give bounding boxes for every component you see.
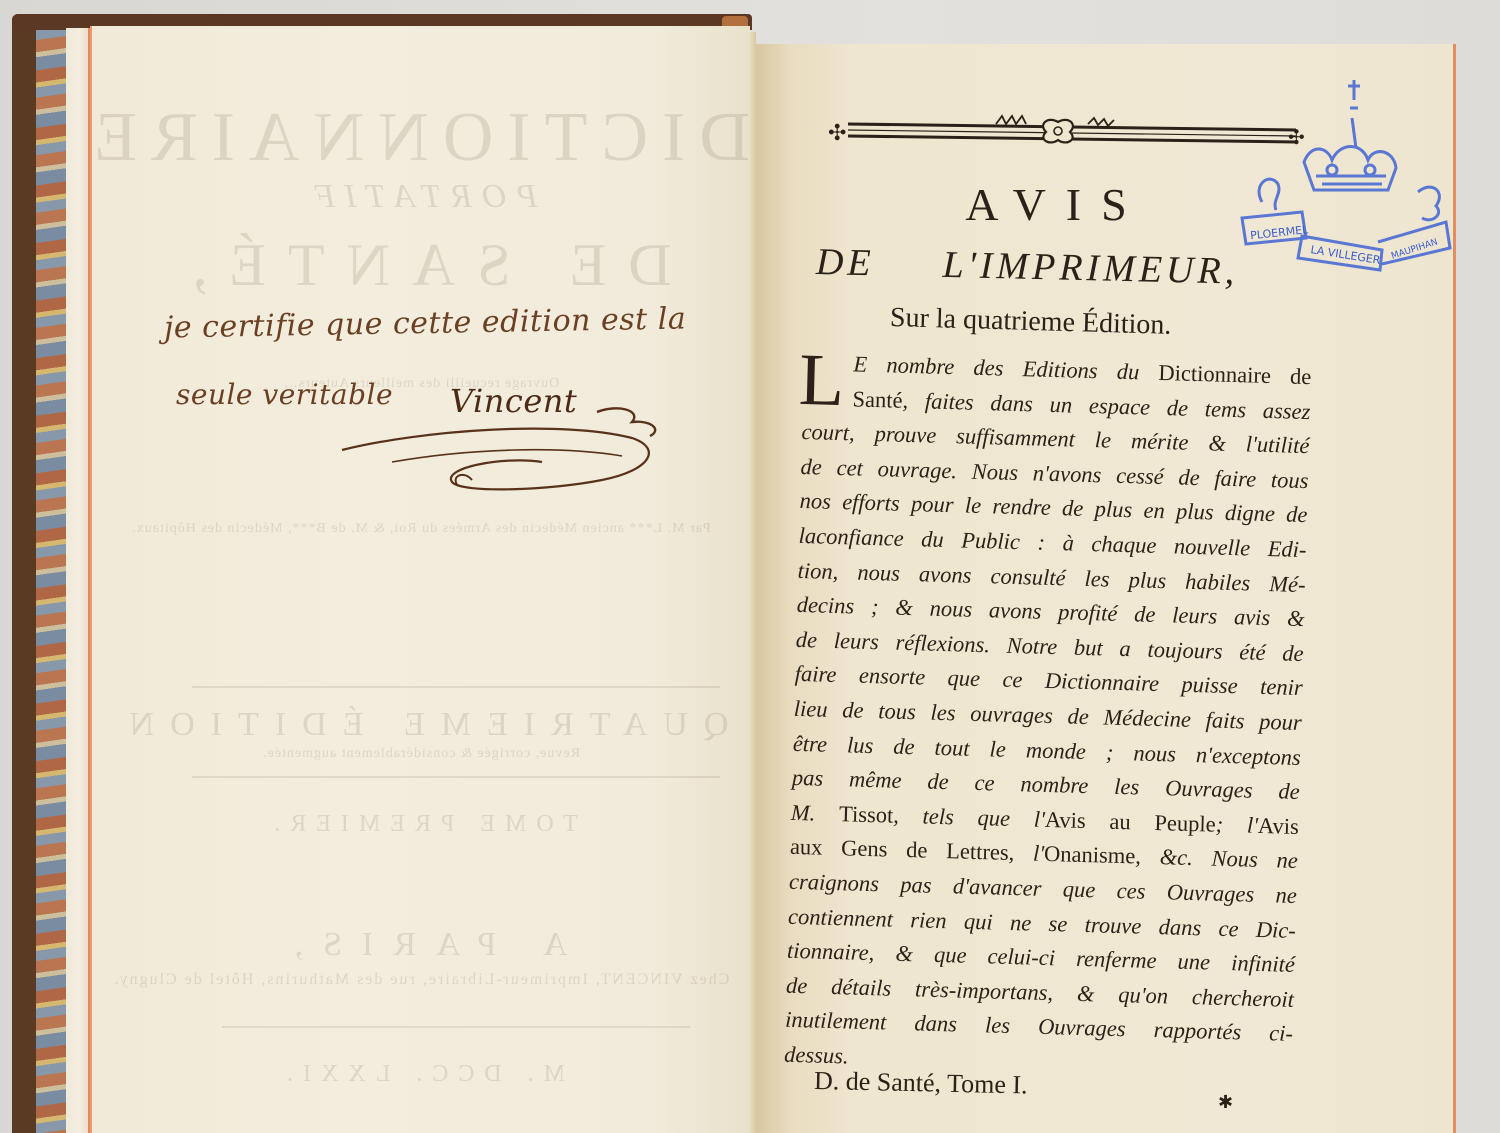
left-page: DICTIONNAIRE PORTATIF DE SANTÉ, Ouvrage …: [90, 26, 750, 1133]
library-stamp-icon: PLOERMEL LA VILLEGER MAUPIHAN: [1232, 72, 1452, 282]
drop-cap: L: [798, 348, 845, 413]
bleed-tome: TOME PREMIER.: [92, 811, 750, 838]
subtitle-de: DE: [816, 241, 876, 284]
handwritten-inscription: je certifie que cette edition est la seu…: [162, 298, 742, 498]
bleed-edition: QUATRIEME ÉDITION: [92, 706, 750, 744]
svg-text:✣: ✣: [828, 121, 846, 146]
notice-title: AVIS: [756, 178, 1356, 231]
bleed-rule: [192, 686, 720, 688]
bleed-city: A PARIS,: [92, 926, 750, 964]
signature-mark-text: D. de Santé, Tome I.: [814, 1066, 1028, 1100]
signature-flourish-icon: [332, 390, 692, 500]
bleed-title2: DE SANTÉ,: [92, 231, 750, 300]
bleed-subtitle: PORTATIF: [92, 178, 750, 216]
bleed-year: M. DCC. LXXI.: [92, 1061, 750, 1088]
bleed-edition-note: Revue, corrigée & considérablement augme…: [92, 746, 750, 762]
svg-text:MAUPIHAN: MAUPIHAN: [1390, 237, 1439, 261]
notice-body: L E nombre des Editions du Dictionnaire …: [784, 346, 1312, 1086]
marbled-endpaper: [36, 30, 68, 1133]
inscription-line-1: je certifie que cette edition est la: [164, 301, 687, 345]
bleed-rule: [192, 776, 720, 778]
right-page: ✣ ✣ PLOERMEL LA VILLEGER MAUPIHAN AVIS D…: [756, 44, 1456, 1133]
endpaper-flyleaf: [66, 28, 90, 1133]
bleed-publisher: Chez VINCENT, Imprimeur-Libraire, rue de…: [92, 971, 750, 989]
bleed-rule: [222, 1026, 690, 1028]
catchmark-icon: ✱: [1218, 1092, 1233, 1113]
subtitle-imprimeur: L'IMPRIMEUR,: [942, 244, 1239, 293]
bleed-middle2: Par M. L*** ancien Médecin des Armées du…: [92, 521, 750, 537]
page-block-edge: [748, 32, 756, 1133]
notice-edition-line: Sur la quatrieme Édition.: [890, 302, 1172, 342]
bleed-title: DICTIONNAIRE: [92, 98, 750, 178]
notice-subtitle: DEL'IMPRIMEUR,: [816, 240, 1239, 294]
